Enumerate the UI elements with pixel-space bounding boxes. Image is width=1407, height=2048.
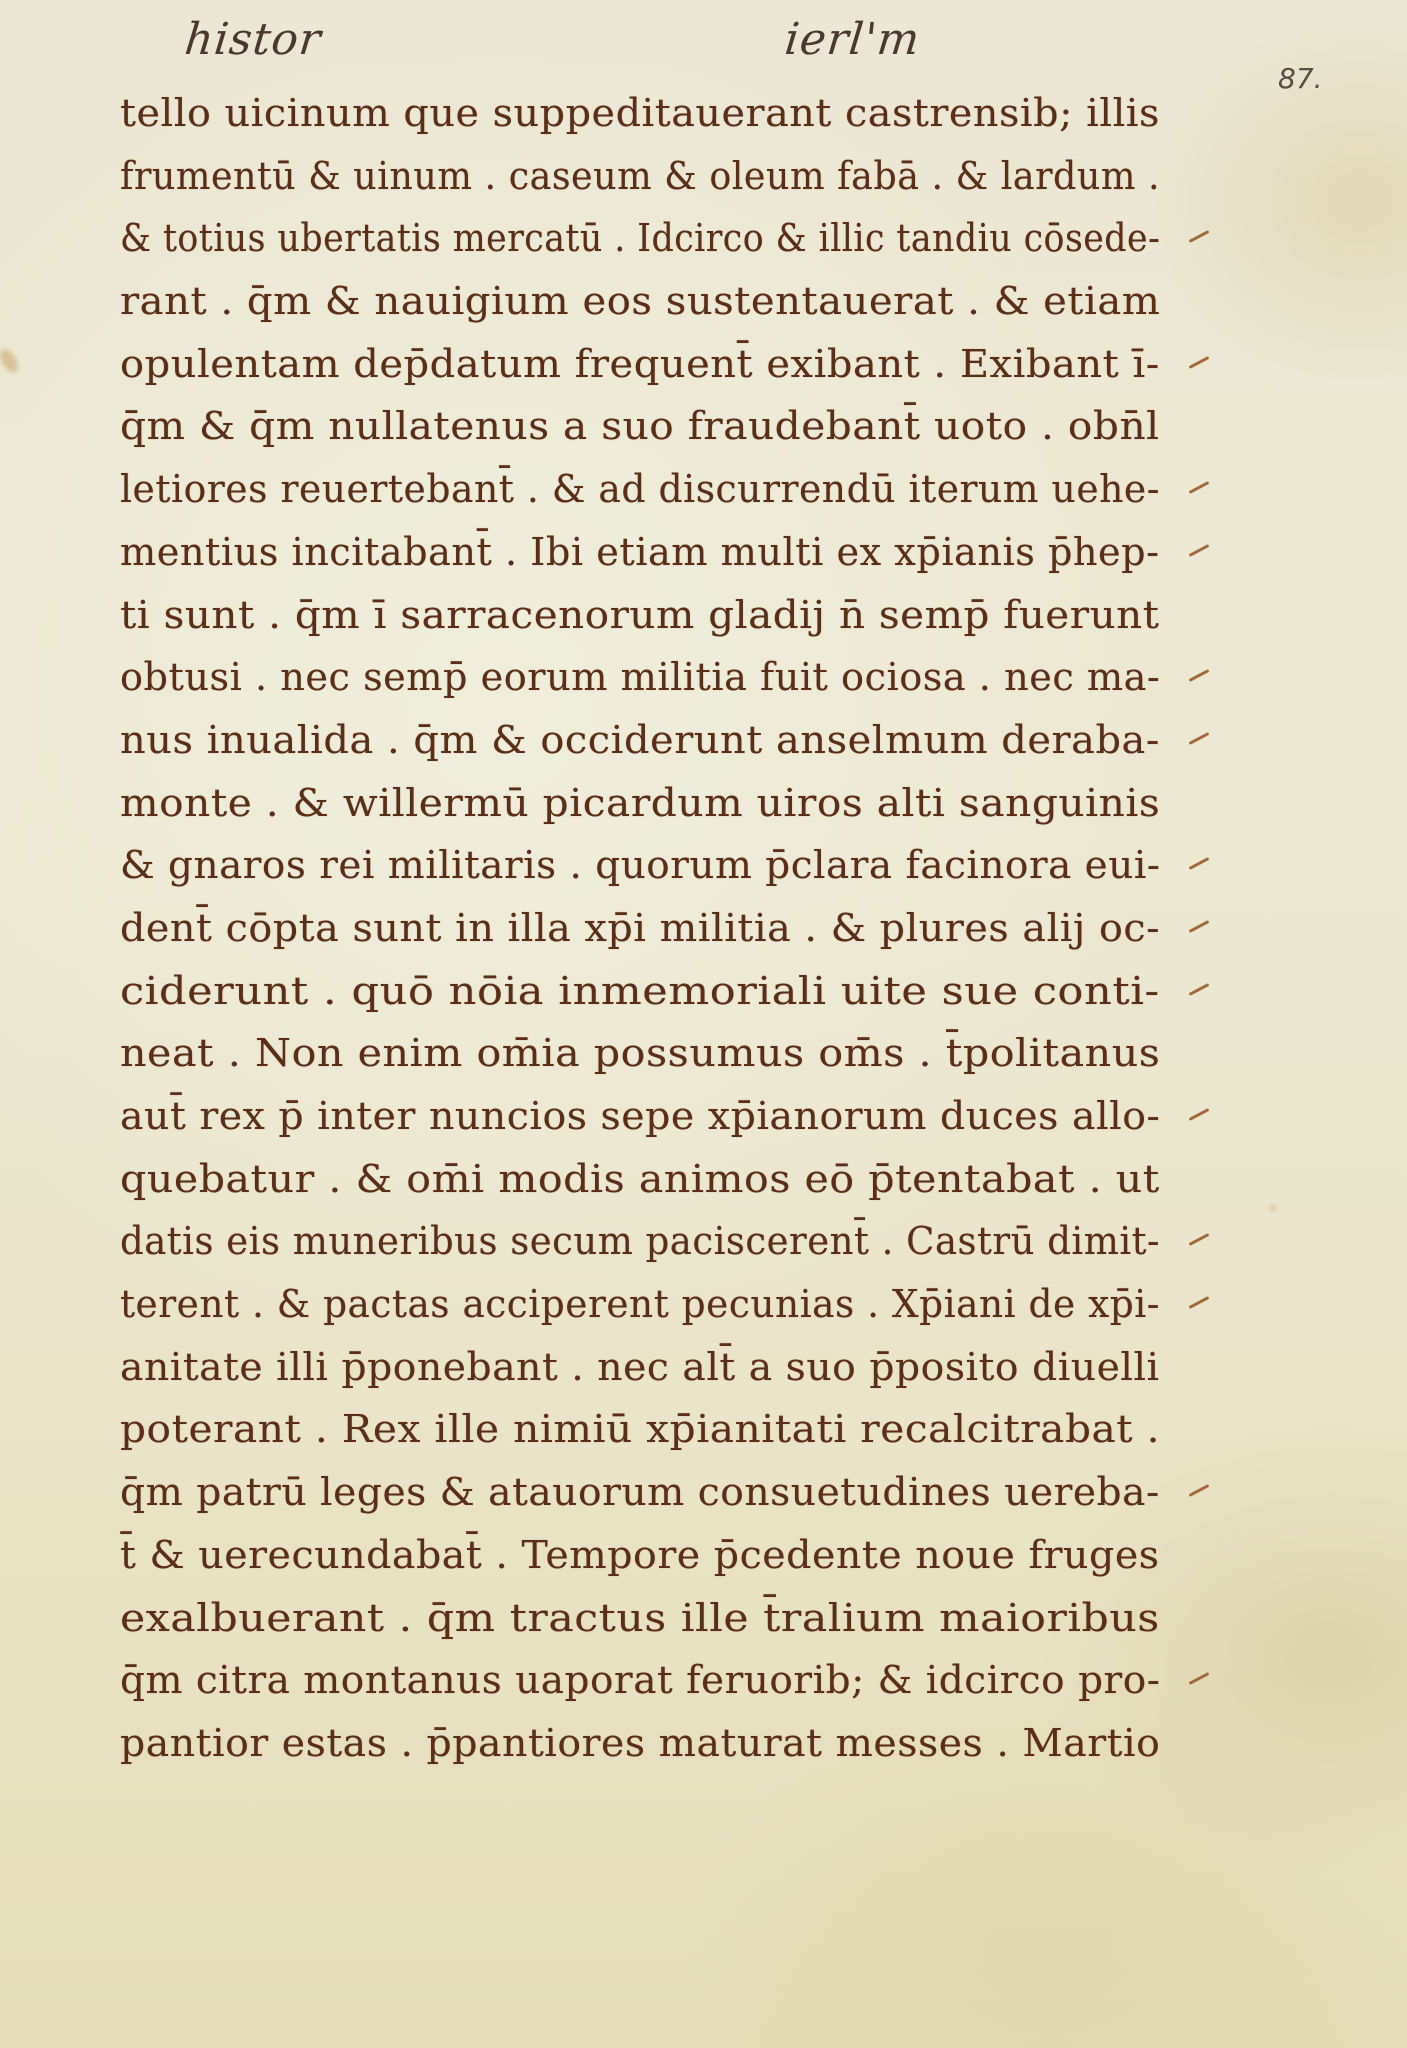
line-text: terent . & pactas acciperent pecunias . …	[120, 1273, 1160, 1336]
line-end-hyphen-mark	[1189, 1296, 1210, 1309]
line-text: neat . Non enim om̄ia possumus om̄s . t̄…	[120, 1022, 1160, 1085]
text-line: quebatur . & om̄i modis animos eō p̄ten…	[120, 1148, 1180, 1211]
folio-number: 87.	[1278, 62, 1323, 95]
line-text: tello uicinum que suppeditauerant castre…	[120, 82, 1160, 145]
line-end-hyphen-mark	[1189, 732, 1210, 745]
line-text: q̄m citra montanus uaporat feruorib; & i…	[120, 1649, 1160, 1712]
line-text: poterant . Rex ille nimiū xp̄ianitati r…	[120, 1398, 1160, 1461]
text-line: exalbuerant . q̄m tractus ille t̄ralium …	[120, 1587, 1180, 1650]
line-text: anitate illi p̄ponebant . nec alt̄ a suo…	[120, 1336, 1160, 1399]
line-text: mentius incitabant̄ . Ibi etiam multi ex…	[120, 521, 1160, 584]
text-line: tello uicinum que suppeditauerant castre…	[120, 82, 1180, 145]
running-head-center: ierl'm	[782, 14, 922, 65]
text-line: q̄m citra montanus uaporat feruorib; & i…	[120, 1649, 1180, 1712]
line-text: opulentam dep̄datum frequent̄ exibant . …	[120, 333, 1160, 396]
text-line: q̄m & q̄m nullatenus a suo fraudebant̄ u…	[120, 395, 1180, 458]
text-line: poterant . Rex ille nimiū xp̄ianitati r…	[120, 1398, 1180, 1461]
line-end-hyphen-mark	[1189, 356, 1210, 369]
text-line: nus inualida . q̄m & occiderunt anselmum…	[120, 709, 1180, 772]
line-end-hyphen-mark	[1189, 983, 1210, 996]
line-text: & gnaros rei militaris . quorum p̄clara …	[120, 834, 1160, 897]
text-line: opulentam dep̄datum frequent̄ exibant . …	[120, 333, 1180, 396]
manuscript-text-block: tello uicinum que suppeditauerant castre…	[120, 82, 1180, 1775]
line-text: rant . q̄m & nauigium eos sustentauerat …	[120, 270, 1160, 333]
ink-stain	[1270, 1205, 1276, 1211]
line-text: pantior estas . p̄pantiores maturat mess…	[120, 1712, 1160, 1775]
line-text: t̄ & uerecundabat̄ . Tempore p̄cedente n…	[120, 1524, 1160, 1587]
line-text: nus inualida . q̄m & occiderunt anselmum…	[120, 709, 1160, 772]
line-text: ciderunt . quō nōia inmemoriali uite s…	[120, 960, 1160, 1023]
line-end-hyphen-mark	[1189, 920, 1210, 933]
text-line: t̄ & uerecundabat̄ . Tempore p̄cedente n…	[120, 1524, 1180, 1587]
text-line: q̄m patrū leges & atauorum consuetudine…	[120, 1461, 1180, 1524]
text-line: monte . & willermū picardum uiros alti …	[120, 772, 1180, 835]
line-text: ti sunt . q̄m ī sarracenorum gladij n̄ …	[120, 584, 1159, 647]
text-line: letiores reuertebant̄ . & ad discurrendu…	[120, 458, 1180, 521]
running-head-left: histor	[182, 14, 324, 65]
line-text: datis eis muneribus secum paciscerent̄ .…	[120, 1210, 1160, 1273]
text-line: dent̄ cōpta sunt in illa xp̄i militia .…	[120, 897, 1180, 960]
text-line: mentius incitabant̄ . Ibi etiam multi ex…	[120, 521, 1180, 584]
line-end-hyphen-mark	[1189, 857, 1210, 870]
line-text: frumentū & uinum . caseum & oleum fabā…	[120, 145, 1160, 208]
text-line: ciderunt . quō nōia inmemoriali uite s…	[120, 960, 1180, 1023]
text-line: anitate illi p̄ponebant . nec alt̄ a suo…	[120, 1336, 1180, 1399]
text-line: pantior estas . p̄pantiores maturat mess…	[120, 1712, 1180, 1775]
line-end-hyphen-mark	[1189, 544, 1210, 557]
line-text: quebatur . & om̄i modis animos eō p̄ten…	[120, 1148, 1160, 1211]
text-line: datis eis muneribus secum paciscerent̄ .…	[120, 1210, 1180, 1273]
line-text: aut̄ rex p̄ inter nuncios sepe xp̄ianoru…	[120, 1085, 1160, 1148]
line-text: q̄m patrū leges & atauorum consuetudine…	[120, 1461, 1160, 1524]
line-end-hyphen-mark	[1189, 1108, 1210, 1121]
text-line: ti sunt . q̄m ī sarracenorum gladij n̄ …	[120, 584, 1180, 647]
text-line: & gnaros rei militaris . quorum p̄clara …	[120, 834, 1180, 897]
line-text: dent̄ cōpta sunt in illa xp̄i militia .…	[120, 897, 1160, 960]
text-line: & totius ubertatis mercatū . Idcirco & …	[120, 207, 1180, 270]
text-line: frumentū & uinum . caseum & oleum fabā…	[120, 145, 1180, 208]
line-text: obtusi . nec semp̄ eorum militia fuit oc…	[120, 646, 1160, 709]
line-text: letiores reuertebant̄ . & ad discurrendu…	[120, 458, 1160, 521]
line-text: q̄m & q̄m nullatenus a suo fraudebant̄ u…	[120, 395, 1160, 458]
text-line: neat . Non enim om̄ia possumus om̄s . t̄…	[120, 1022, 1180, 1085]
line-text: monte . & willermū picardum uiros alti …	[120, 772, 1160, 835]
line-text: exalbuerant . q̄m tractus ille t̄ralium …	[120, 1587, 1160, 1650]
line-end-hyphen-mark	[1189, 1233, 1210, 1246]
line-end-hyphen-mark	[1189, 230, 1210, 243]
line-end-hyphen-mark	[1189, 481, 1210, 494]
text-line: terent . & pactas acciperent pecunias . …	[120, 1273, 1180, 1336]
text-line: rant . q̄m & nauigium eos sustentauerat …	[120, 270, 1180, 333]
text-line: aut̄ rex p̄ inter nuncios sepe xp̄ianoru…	[120, 1085, 1180, 1148]
text-line: obtusi . nec semp̄ eorum militia fuit oc…	[120, 646, 1180, 709]
line-text: & totius ubertatis mercatū . Idcirco & …	[120, 207, 1160, 270]
line-end-hyphen-mark	[1189, 1672, 1210, 1685]
line-end-hyphen-mark	[1189, 669, 1210, 682]
manuscript-folio: histor ierl'm 87. tello uicinum que supp…	[0, 0, 1407, 2048]
ink-stain	[0, 346, 22, 376]
line-end-hyphen-mark	[1189, 1484, 1210, 1497]
